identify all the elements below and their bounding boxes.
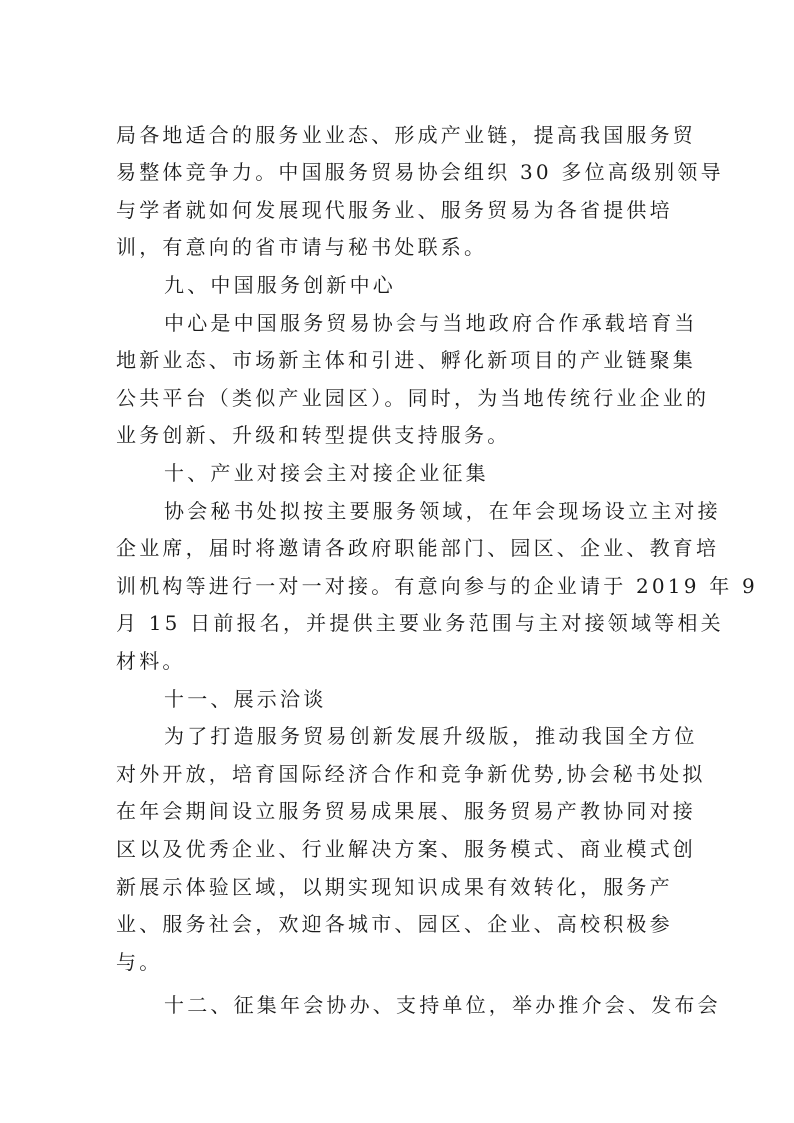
section-heading-9: 九、中国服务创新中心: [164, 266, 396, 304]
text-line: 与学者就如何发展现代服务业、服务贸易为各省提供培: [116, 191, 673, 229]
text-line: 材料。: [116, 642, 186, 680]
text-line: 企业席，届时将邀请各政府职能部门、园区、企业、教育培: [116, 529, 719, 567]
text-line: 业务创新、升级和转型提供支持服务。: [116, 416, 510, 454]
text-line: 训机构等进行一对一对接。有意向参与的企业请于 2019 年 9: [116, 567, 758, 605]
text-line: 新展示体验区域，以期实现知识成果有效转化，服务产: [116, 868, 673, 906]
text-line: 在年会期间设立服务贸易成果展、服务贸易产教协同对接: [116, 792, 696, 830]
text-line: 训，有意向的省市请与秘书处联系。: [116, 228, 487, 266]
text-line: 局各地适合的服务业业态、形成产业链，提高我国服务贸: [116, 116, 696, 154]
section-heading-10: 十、产业对接会主对接企业征集: [164, 454, 489, 492]
text-line: 易整体竞争力。中国服务贸易协会组织 30 多位高级别领导: [116, 153, 724, 191]
text-line: 区以及优秀企业、行业解决方案、服务模式、商业模式创: [116, 830, 696, 868]
text-line: 对外开放，培育国际经济合作和竞争新优势,协会秘书处拟: [116, 755, 706, 793]
text-line: 与。: [116, 943, 162, 981]
section-heading-12: 十二、征集年会协办、支持单位，举办推介会、发布会: [164, 986, 721, 1024]
section-heading-11: 十一、展示洽谈: [164, 680, 326, 718]
text-line: 地新业态、市场新主体和引进、孵化新项目的产业链聚集: [116, 341, 696, 379]
text-line: 业、服务社会，欢迎各城市、园区、企业、高校积极参: [116, 905, 673, 943]
text-line: 协会秘书处拟按主要服务领域，在年会现场设立主对接: [164, 492, 721, 530]
text-line: 为了打造服务贸易创新发展升级版，推动我国全方位: [164, 717, 698, 755]
text-line: 公共平台（类似产业园区）。同时，为当地传统行业企业的: [116, 379, 709, 417]
text-line: 中心是中国服务贸易协会与当地政府合作承载培育当: [164, 304, 698, 342]
text-line: 月 15 日前报名，并提供主要业务范围与主对接领域等相关: [116, 604, 724, 642]
